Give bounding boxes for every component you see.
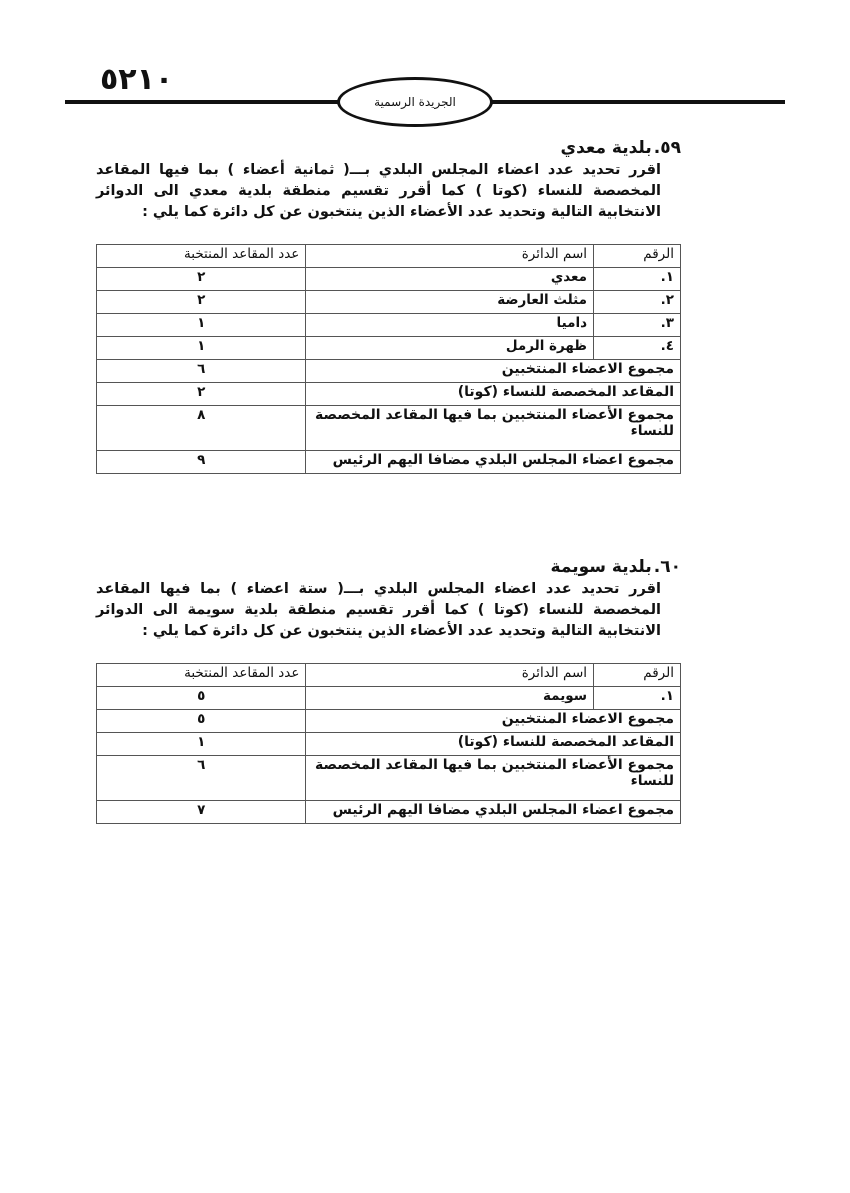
row-number: ١. (594, 687, 681, 710)
row-district: مثلث العارضة (306, 291, 594, 314)
summary-label: مجموع الاعضاء المنتخبين (306, 360, 681, 383)
row-seats: ٢ (97, 268, 306, 291)
summary-row: مجموع الاعضاء المنتخبين ٦ (97, 360, 681, 383)
section-name: بلدية سويمة (551, 557, 652, 577)
summary-row: مجموع اعضاء المجلس البلدي مضافا اليهم ال… (97, 801, 681, 824)
row-district: سويمة (306, 687, 594, 710)
header-district: اسم الدائرة (306, 245, 594, 268)
header-number: الرقم (594, 245, 681, 268)
summary-value: ٨ (97, 406, 306, 451)
summary-row: مجموع الأعضاء المنتخبين بما فيها المقاعد… (97, 406, 681, 451)
section-paragraph: اقرر تحديد عدد اعضاء المجلس البلدي بـــ(… (96, 160, 681, 223)
summary-value: ٧ (97, 801, 306, 824)
summary-label: مجموع الأعضاء المنتخبين بما فيها المقاعد… (306, 406, 681, 451)
summary-value: ٦ (97, 756, 306, 801)
summary-value: ٦ (97, 360, 306, 383)
table-row: ١. معدي ٢ (97, 268, 681, 291)
table-row: ٢. مثلث العارضة ٢ (97, 291, 681, 314)
districts-table: الرقم اسم الدائرة عدد المقاعد المنتخبة ١… (96, 244, 681, 474)
row-district: داميا (306, 314, 594, 337)
row-number: ٣. (594, 314, 681, 337)
summary-value: ١ (97, 733, 306, 756)
section-name: بلدية معدي (560, 138, 651, 158)
table-row: ١. سويمة ٥ (97, 687, 681, 710)
summary-label: مجموع الأعضاء المنتخبين بما فيها المقاعد… (306, 756, 681, 801)
row-district: معدي (306, 268, 594, 291)
row-seats: ١ (97, 314, 306, 337)
section-title: ٦٠.بلدية سويمة (96, 557, 681, 577)
table-row: ٣. داميا ١ (97, 314, 681, 337)
section-maadi: ٥٩.بلدية معدي اقرر تحديد عدد اعضاء المجل… (96, 138, 681, 474)
header-seats: عدد المقاعد المنتخبة (97, 245, 306, 268)
summary-value: ٢ (97, 383, 306, 406)
summary-label: المقاعد المخصصة للنساء (كوتا) (306, 383, 681, 406)
row-seats: ١ (97, 337, 306, 360)
row-number: ١. (594, 268, 681, 291)
gazette-title: الجريدة الرسمية (374, 95, 456, 109)
summary-row: مجموع الأعضاء المنتخبين بما فيها المقاعد… (97, 756, 681, 801)
section-title: ٥٩.بلدية معدي (96, 138, 681, 158)
section-number: ٥٩. (654, 138, 681, 158)
row-seats: ٢ (97, 291, 306, 314)
page-number: ٥٢١٠ (100, 62, 173, 97)
section-suwaymah: ٦٠.بلدية سويمة اقرر تحديد عدد اعضاء المج… (96, 557, 681, 824)
summary-row: المقاعد المخصصة للنساء (كوتا) ٢ (97, 383, 681, 406)
section-paragraph: اقرر تحديد عدد اعضاء المجلس البلدي بـــ(… (96, 579, 681, 642)
table-row: ٤. ظهرة الرمل ١ (97, 337, 681, 360)
summary-row: مجموع اعضاء المجلس البلدي مضافا اليهم ال… (97, 451, 681, 474)
summary-label: مجموع اعضاء المجلس البلدي مضافا اليهم ال… (306, 801, 681, 824)
summary-row: مجموع الاعضاء المنتخبين ٥ (97, 710, 681, 733)
summary-label: المقاعد المخصصة للنساء (كوتا) (306, 733, 681, 756)
summary-label: مجموع اعضاء المجلس البلدي مضافا اليهم ال… (306, 451, 681, 474)
header-seats: عدد المقاعد المنتخبة (97, 664, 306, 687)
header-district: اسم الدائرة (306, 664, 594, 687)
table-header-row: الرقم اسم الدائرة عدد المقاعد المنتخبة (97, 664, 681, 687)
section-number: ٦٠. (654, 557, 681, 577)
row-number: ٤. (594, 337, 681, 360)
row-district: ظهرة الرمل (306, 337, 594, 360)
summary-label: مجموع الاعضاء المنتخبين (306, 710, 681, 733)
row-number: ٢. (594, 291, 681, 314)
header-number: الرقم (594, 664, 681, 687)
districts-table: الرقم اسم الدائرة عدد المقاعد المنتخبة ١… (96, 663, 681, 824)
gazette-title-oval: الجريدة الرسمية (337, 77, 493, 127)
summary-value: ٥ (97, 710, 306, 733)
summary-row: المقاعد المخصصة للنساء (كوتا) ١ (97, 733, 681, 756)
table-header-row: الرقم اسم الدائرة عدد المقاعد المنتخبة (97, 245, 681, 268)
summary-value: ٩ (97, 451, 306, 474)
row-seats: ٥ (97, 687, 306, 710)
